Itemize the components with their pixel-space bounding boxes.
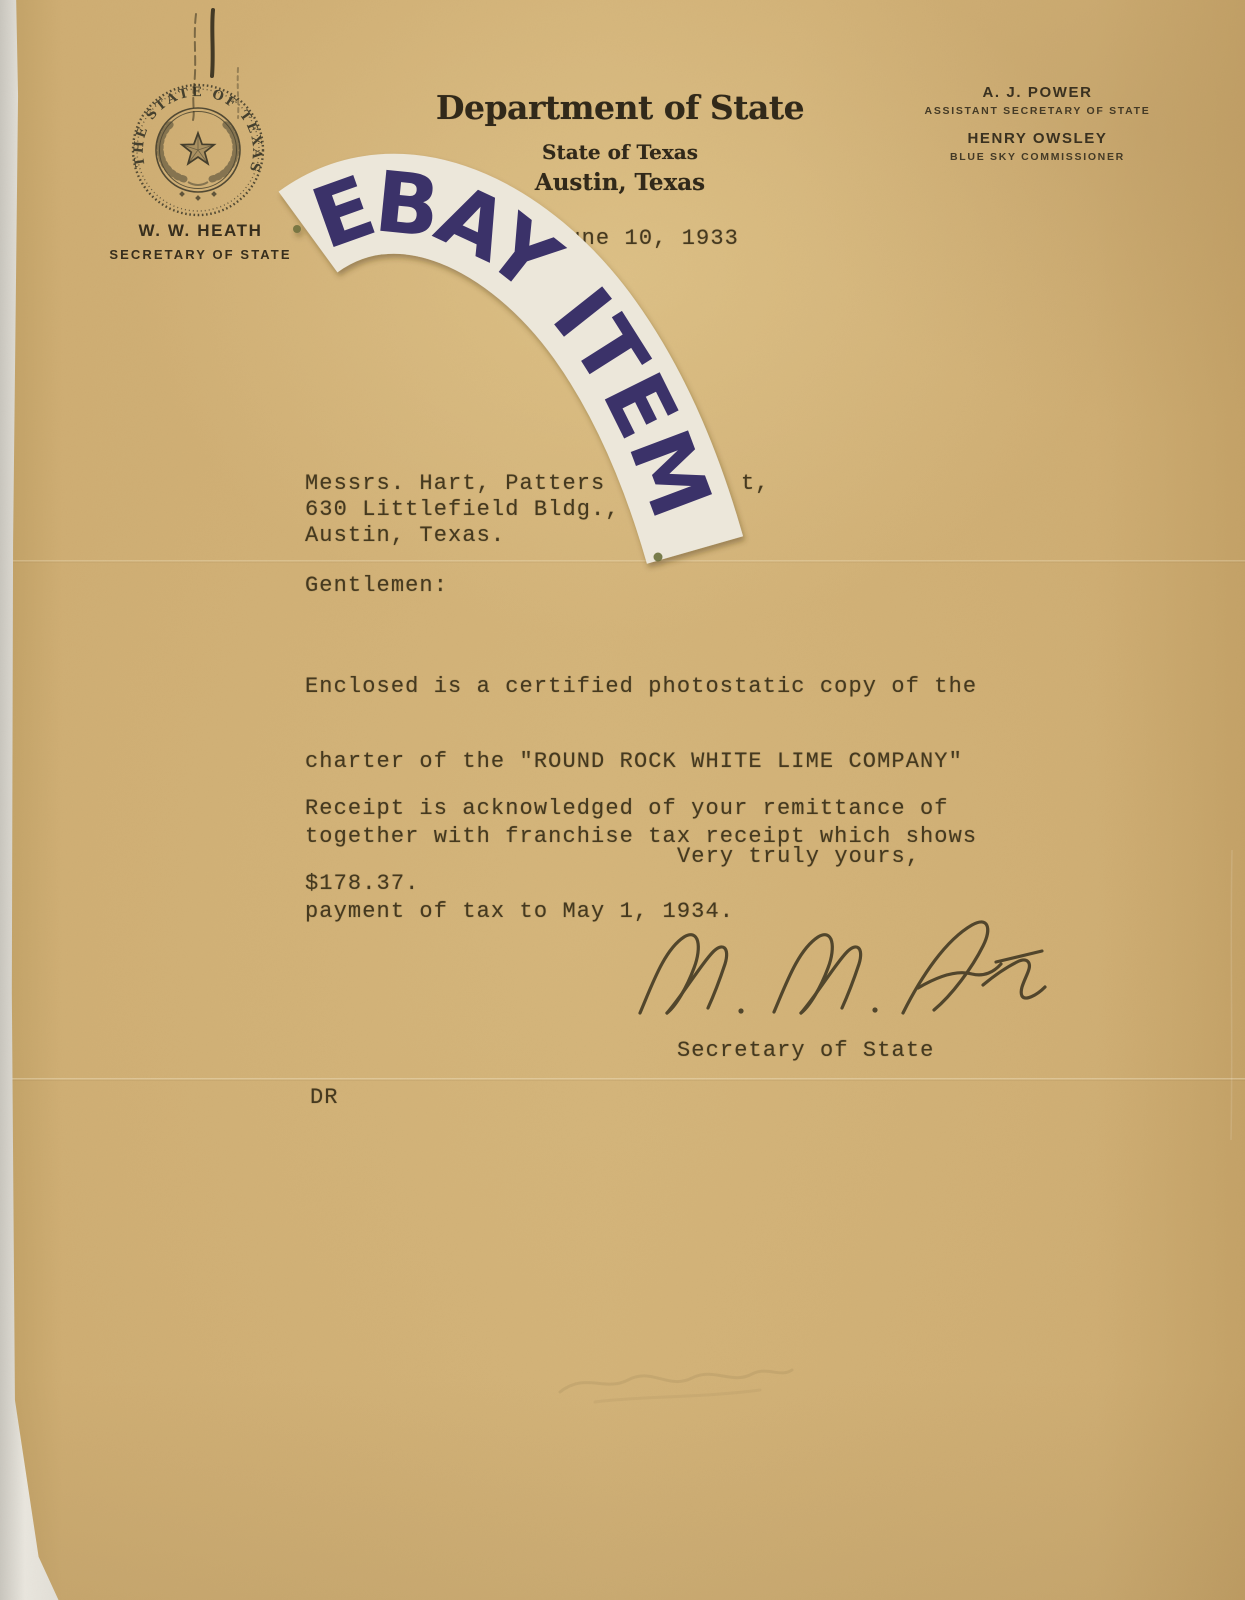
salutation: Gentlemen: [305,573,448,598]
department-title: Department of State [400,88,840,127]
letter-paper: THE STATE OF TEXAS W. W. HEATH SECRETARY… [0,0,1245,1600]
seal-ring-text-element: THE STATE OF TEXAS [132,85,265,176]
texas-state-seal: THE STATE OF TEXAS [126,76,270,224]
signature-name-text: W. W. Heath [0,0,1,1]
assistant-secretary-name: A. J. POWER [905,84,1170,101]
typist-initials: DR [310,1085,339,1110]
scanned-letter-page: { "letterhead": { "seal_ring_text": "THE… [0,0,1245,1600]
assistant-secretary-title: ASSISTANT SECRETARY OF STATE [905,105,1170,117]
blue-sky-commissioner-name: HENRY OWSLEY [905,130,1170,147]
blue-sky-commissioner-title: BLUE SKY COMMISSIONER [905,151,1170,163]
letter-date: June 10, 1933 [553,226,739,251]
recipient-line3: Austin, Texas. [305,523,505,548]
secretary-title: SECRETARY OF STATE [93,247,308,262]
seal-star-icon [182,133,214,164]
seal-ring-text: THE STATE OF TEXAS [132,85,265,176]
secretary-name: W. W. HEATH [93,221,308,241]
fold-line-lower [12,1078,1245,1081]
closing: Very truly yours, [677,844,920,869]
masthead-city: Austin, Texas [400,169,840,196]
recipient-line1-left: Messrs. Hart, Patters [305,471,605,496]
signature-title: Secretary of State [677,1038,934,1063]
fold-line-upper [12,560,1245,563]
body-line: Receipt is acknowledged of your remittan… [305,796,949,821]
body-line: $178.37. [305,871,949,896]
recipient-line1-right: t, [741,471,770,496]
masthead-state: State of Texas [400,140,840,164]
body-line: Enclosed is a certified photostatic copy… [305,674,977,699]
recipient-line2: 630 Littlefield Bldg., [305,497,620,522]
